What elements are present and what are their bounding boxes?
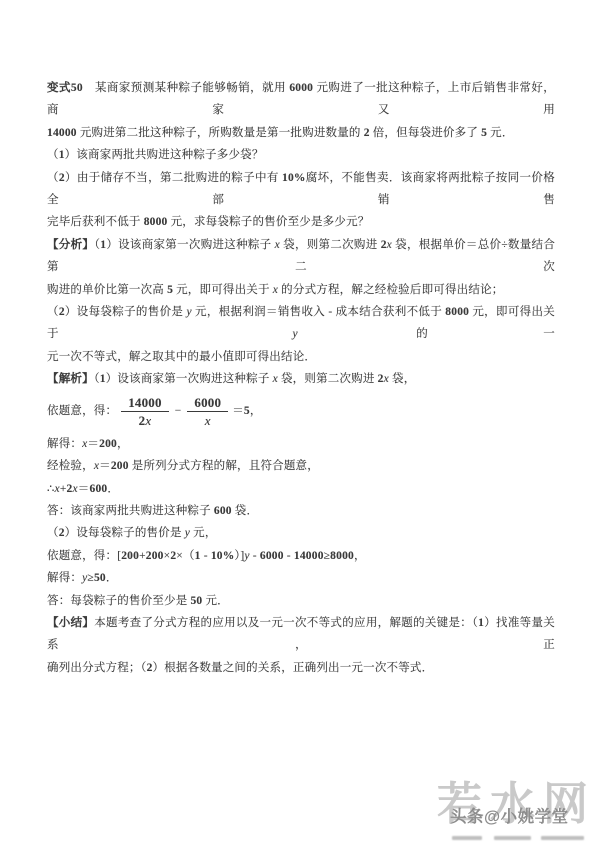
fraction-denominator: x xyxy=(205,412,211,428)
text-line: （2）由于储存不当，第二批购进的粽子中有 10%腐坏，不能售卖．该商家将两批粽子… xyxy=(47,167,555,212)
fraction-numerator: 6000 xyxy=(187,395,228,412)
line-text: 完毕后获利不低于 8000 元，求每袋粽子的售价至少是多少元？ xyxy=(47,216,369,228)
line-text: 解得：y≥50． xyxy=(47,572,118,584)
line-text: 确列出分式方程；（2）根据各数量之间的关系，正确列出一元一次不等式． xyxy=(47,662,433,674)
fraction-6000-over-x: 6000x xyxy=(187,395,228,428)
line-text: （2）设每袋粽子的售价是 y 元，根据利润＝销售收入 - 成本结合获利不低于 8… xyxy=(47,306,555,340)
text-line: 经检验，x＝200 是所列分式方程的解，且符合题意， xyxy=(47,455,555,477)
text-line: 完毕后获利不低于 8000 元，求每袋粽子的售价至少是多少元？ xyxy=(47,211,555,233)
watermark-smalltext-bar xyxy=(541,836,584,840)
text-line: 14000 元购进第二批这种粽子，所购数量是第一批购进数量的 2 倍，但每袋进价… xyxy=(47,122,555,144)
line-text: 解得：x＝200， xyxy=(47,438,129,450)
line-text: （2）由于储存不当，第二批购进的粽子中有 10%腐坏，不能售卖．该商家将两批粽子… xyxy=(47,172,555,206)
line-text: 答：每袋粽子的售价至少是 50 元． xyxy=(47,595,229,607)
equation-line: 依题意，得：140002x−6000x＝5， xyxy=(47,391,555,433)
text-line: 元一次不等式，解之取其中的最小值即可得出结论． xyxy=(47,346,555,368)
line-text: （2）设每袋粽子的售价是 y 元， xyxy=(47,527,217,539)
line-text: （1）设该商家第一次购进这种粽子 x 袋，则第二次购进 2x 袋，根据单价＝总价… xyxy=(47,239,555,273)
text-line: 答：该商家两批共购进这种粽子 600 袋． xyxy=(47,500,555,522)
line-text: 元一次不等式，解之取其中的最小值即可得出结论． xyxy=(47,351,316,363)
text-line: （1）该商家两批共购进这种粽子多少袋？ xyxy=(47,144,555,166)
text-line: （2）设每袋粽子的售价是 y 元， xyxy=(47,522,555,544)
text-line: （2）设每袋粽子的售价是 y 元，根据利润＝销售收入 - 成本结合获利不低于 8… xyxy=(47,301,555,346)
formula-prefix: 依题意，得： xyxy=(47,400,117,422)
line-text: 14000 元购进第二批这种粽子，所购数量是第一批购进数量的 2 倍，但每袋进价… xyxy=(47,127,514,139)
line-text: 经检验，x＝200 是所列分式方程的解，且符合题意， xyxy=(47,460,319,472)
minus-operator: − xyxy=(175,400,182,422)
line-label: 【分析】 xyxy=(47,239,94,251)
line-label: 【小结】 xyxy=(47,617,94,629)
line-text: 答：该商家两批共购进这种粽子 600 袋． xyxy=(47,505,258,517)
line-text: 依题意，得：[200+200×2×（1 - 10%）]y - 6000 - 14… xyxy=(47,550,366,562)
text-line: ∴x+2x＝600． xyxy=(47,478,555,500)
document-body: 变式50 某商家预测某种粽子能够畅销，就用 6000 元购进了一批这种粽子，上市… xyxy=(47,77,555,679)
text-line: 确列出分式方程；（2）根据各数量之间的关系，正确列出一元一次不等式． xyxy=(47,657,555,679)
watermark-smalltext-bar xyxy=(452,836,482,840)
text-line: 答：每袋粽子的售价至少是 50 元． xyxy=(47,590,555,612)
line-text: （1）设该商家第一次购进这种粽子 x 袋，则第二次购进 2x 袋， xyxy=(94,373,416,385)
text-line: 变式50 某商家预测某种粽子能够畅销，就用 6000 元购进了一批这种粽子，上市… xyxy=(47,77,555,122)
document-page: 变式50 某商家预测某种粽子能够畅销，就用 6000 元购进了一批这种粽子，上市… xyxy=(0,0,600,849)
text-line: 依题意，得：[200+200×2×（1 - 10%）]y - 6000 - 14… xyxy=(47,545,555,567)
fraction-denominator: 2x xyxy=(139,412,152,428)
line-label: 【解析】 xyxy=(47,373,94,385)
text-line: 【小结】本题考查了分式方程的应用以及一元一次不等式的应用，解题的关键是：（1）找… xyxy=(47,612,555,657)
text-line: 解得：x＝200， xyxy=(47,433,555,455)
line-text: 购进的单价比第一次高 5 元，即可得出关于 x 的分式方程，解之经检验后即可得出… xyxy=(47,284,503,296)
watermark-author-handle: 头条@小姚学堂 xyxy=(450,807,569,828)
formula-suffix: ＝5， xyxy=(232,400,261,422)
line-text: 本题考查了分式方程的应用以及一元一次不等式的应用，解题的关键是：（1）找准等量关… xyxy=(47,617,555,651)
fraction-numerator: 14000 xyxy=(121,395,169,412)
text-line: 解得：y≥50． xyxy=(47,567,555,589)
watermark-smalltext-bar xyxy=(494,836,531,840)
text-line: 购进的单价比第一次高 5 元，即可得出关于 x 的分式方程，解之经检验后即可得出… xyxy=(47,279,555,301)
text-line: 【分析】（1）设该商家第一次购进这种粽子 x 袋，则第二次购进 2x 袋，根据单… xyxy=(47,234,555,279)
line-text: ∴x+2x＝600． xyxy=(47,483,119,495)
line-text: 某商家预测某种粽子能够畅销，就用 6000 元购进了一批这种粽子，上市后销售非常… xyxy=(47,82,555,116)
fraction-14000-over-2x: 140002x xyxy=(121,395,169,428)
line-text: （1）该商家两批共购进这种粽子多少袋？ xyxy=(47,149,264,161)
line-label: 变式50 xyxy=(47,82,83,94)
text-line: 【解析】（1）设该商家第一次购进这种粽子 x 袋，则第二次购进 2x 袋， xyxy=(47,368,555,390)
